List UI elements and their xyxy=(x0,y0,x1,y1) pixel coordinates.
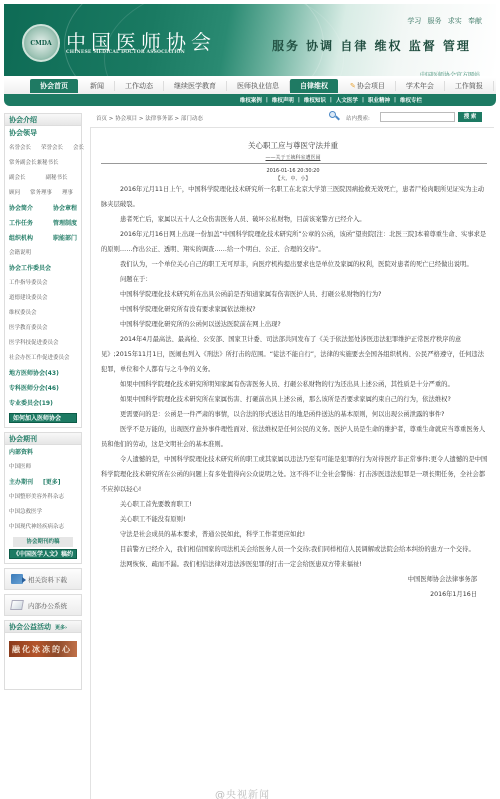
main-journals-row: 主办期刊[更多] xyxy=(5,475,81,490)
intro-title[interactable]: 协会介绍 xyxy=(5,114,81,126)
office-system-button[interactable]: 内部办公系统 xyxy=(4,594,82,616)
slogan: 服务 协调 自律 维权 监督 管理 xyxy=(272,37,471,54)
charter-link[interactable]: 协会章程 xyxy=(53,205,77,212)
welfare-box: 协会公益活动更多› 融化冰冻的心 xyxy=(4,620,82,690)
article-body: 2016年元月11日上午，中国科学院理化技术研究所一名职工在北京大学第三医院因病… xyxy=(101,182,489,602)
journals-title[interactable]: 协会期刊 xyxy=(5,433,81,445)
search-button[interactable]: 搜 索 xyxy=(458,112,482,122)
welfare-title: 协会公益活动更多› xyxy=(5,621,81,633)
specialty-branches-link[interactable]: 专科医师分会(46) xyxy=(5,381,81,396)
nav-item-news[interactable]: 新闻 xyxy=(80,81,115,91)
sign-date: 2016年1月16日 xyxy=(101,587,489,602)
intro-links-row: 工作任务管理制度 xyxy=(5,216,81,231)
cmda-logo-icon[interactable]: CMDA xyxy=(22,24,60,62)
downloads-button[interactable]: 相关资料下载 xyxy=(4,568,82,590)
subnav-professionalism[interactable]: 职业精神 xyxy=(368,96,390,104)
nav-item-briefing[interactable]: 工作简报 xyxy=(445,81,494,91)
advisor-link[interactable]: 顾问 xyxy=(9,190,20,196)
project-icon: ✎ xyxy=(350,81,356,91)
separator: | xyxy=(394,97,396,103)
signature: 中国医师协会法律事务部 xyxy=(101,572,489,587)
about-link[interactable]: 协会简介 xyxy=(9,205,33,212)
search-icon xyxy=(329,111,339,121)
leadership-row: 常务副会长兼秘书长 xyxy=(5,156,81,171)
exec-vp-link[interactable]: 常务副会长兼秘书长 xyxy=(9,160,59,166)
search-label: 站内搜索: xyxy=(346,114,370,122)
paragraph: 如果中国科学院理化技术研究所在家属伤害、打砸前出具上述公函，那么该所是否要求家属… xyxy=(101,392,489,407)
exec-director-link[interactable]: 常务理事 xyxy=(30,190,52,196)
paragraph: 2014年4月最高法、最高检、公安部、国家卫计委、司法部共同发布了《关于依法惩处… xyxy=(101,332,489,377)
president-link[interactable]: 会长 xyxy=(73,145,84,151)
honor-president-link[interactable]: 荣誉会长 xyxy=(41,145,63,151)
separator: | xyxy=(298,97,300,103)
director-link[interactable]: 理事 xyxy=(62,190,73,196)
separator: | xyxy=(362,97,364,103)
subnav-humanities[interactable]: 人文医学 xyxy=(336,96,358,104)
paragraph: 问题在于： xyxy=(101,272,489,287)
article-datetime: 2016-01-16 20:30:20 xyxy=(91,168,495,174)
honorary-president-link[interactable]: 名誉会长 xyxy=(9,145,31,151)
paragraph: 中国科学院理化技术研究所在出具公函前是否知道家属有伤害医护人员、打砸公私财物的行… xyxy=(101,287,489,302)
separator: | xyxy=(330,97,332,103)
nav-item-annual-meeting[interactable]: 学术年会 xyxy=(396,81,445,91)
downloads-label: 相关资料下载 xyxy=(28,575,67,584)
committee-link[interactable]: 工作指导委员会 xyxy=(5,276,81,291)
intro-links-row: 协会简介协会章程 xyxy=(5,201,81,216)
departments-link[interactable]: 职能部门 xyxy=(53,235,77,242)
paragraph: 法网恢恢、疏而不漏。我们相信法律对违法涉医犯罪的打击一定会给医患双方带来福祉! xyxy=(101,557,489,572)
subnav-statements[interactable]: 维权声明 xyxy=(272,96,294,104)
paragraph: 守法是社会成员的基本要求，普通公民如此，科学工作者更应如此! xyxy=(101,527,489,542)
journal-contribution-button[interactable]: 协会期刊约稿 xyxy=(13,537,73,547)
subnav-knowledge[interactable]: 维权知识 xyxy=(304,96,326,104)
separator: | xyxy=(266,97,268,103)
nav-item-projects[interactable]: ✎协会项目 xyxy=(340,81,396,91)
paragraph: 中国科学院理化研究所的公函何以送达医院前在网上出现? xyxy=(101,317,489,332)
welfare-more-link[interactable]: 更多› xyxy=(55,625,67,631)
china-doctor-link[interactable]: 中国医师 xyxy=(5,460,81,475)
leadership-row: 副会长副秘书长 xyxy=(5,171,81,186)
office-pen-icon xyxy=(10,600,24,610)
committee-link[interactable]: 医学科技促进委员会 xyxy=(5,336,81,351)
intro-box: 协会介绍 协会领导 名誉会长荣誉会长会长 常务副会长兼秘书长 副会长副秘书长 顾… xyxy=(4,113,82,428)
paragraph: 我们认为，一个单位关心自己的职工无可厚非，向医疗机构提出要求也是单位及家属的权利… xyxy=(101,257,489,272)
logo-text: CMDA xyxy=(30,40,51,47)
nav-item-work[interactable]: 工作动态 xyxy=(115,81,164,91)
nav-item-self-discipline[interactable]: 自律维权 xyxy=(290,79,338,93)
official-site-label: 中国医师协会官方网站 xyxy=(420,70,480,76)
paragraph: 如果中国科学院理化技术研究所明知家属有伤害医务人员、打砸公私财物的行为还出具上述… xyxy=(101,377,489,392)
subnav-column[interactable]: 维权专栏 xyxy=(400,96,422,104)
journals-box: 协会期刊 内部资料 中国医师 主办期刊[更多] 中国整形美容外科杂志 中国急救医… xyxy=(4,432,82,564)
article: 关心职工应与尊医守法并重 ——关于王姨科室遭医闹 2016-01-16 20:3… xyxy=(90,127,494,799)
leadership-link[interactable]: 协会领导 xyxy=(5,126,81,141)
committee-link[interactable]: 社会办医工作促进委员会 xyxy=(5,351,81,366)
main-content: 首页 > 协会项目 > 法律事务部 > 部门动态 站内搜索: 搜 索 关心职工应… xyxy=(90,110,496,799)
leadership-row: 顾问常务理事理事 xyxy=(5,186,81,201)
join-association-button[interactable]: 如何加入医师协会 xyxy=(9,413,77,423)
search-input[interactable] xyxy=(380,112,455,122)
professional-committees-link[interactable]: 专业委员会(19) xyxy=(5,396,81,411)
watermark: @央视新闻 xyxy=(215,786,270,799)
download-icon xyxy=(11,574,23,584)
paragraph: 目前警方已经介入，我们相信国家的司法机关会给医务人员一个交待;我们同样相信人民调… xyxy=(101,542,489,557)
leadership-row: 名誉会长荣誉会长会长 xyxy=(5,141,81,156)
deputy-sec-link[interactable]: 副秘书长 xyxy=(46,175,68,181)
org-name-en: CHINESE MEDICAL DOCTOR ASSOCIATION xyxy=(66,50,185,55)
rules-link[interactable]: 管理制度 xyxy=(53,220,77,227)
paragraph: 2016年元月16日网上出现一份加盖“中国科学院理化技术研究所”公章的公函，该函… xyxy=(101,227,489,257)
paragraph: 关心职工首先要教育职工! xyxy=(101,497,489,512)
article-subtitle: ——关于王姨科室遭医闹 xyxy=(91,154,495,161)
committee-link[interactable]: 维权委员会 xyxy=(5,306,81,321)
membership-link[interactable]: 会籍说明 xyxy=(5,246,81,261)
welfare-title-text[interactable]: 协会公益活动 xyxy=(9,623,51,631)
committee-link[interactable]: 医学教育委员会 xyxy=(5,321,81,336)
journals-more-link[interactable]: [更多] xyxy=(43,479,61,486)
vp-link[interactable]: 副会长 xyxy=(9,175,26,181)
divider xyxy=(101,163,487,164)
site-header: CMDA 中国医师协会 CHINESE MEDICAL DOCTOR ASSOC… xyxy=(4,4,496,76)
journal-link[interactable]: 中国整形美容外科杂志 xyxy=(5,490,81,505)
paragraph: 2016年元月11日上午，中国科学院理化技术研究所一名职工在北京大学第三医院因病… xyxy=(101,182,489,212)
subnav-cases[interactable]: 维权案例 xyxy=(240,96,262,104)
nav-item-cme[interactable]: 继续医学教育 xyxy=(164,81,227,91)
font-size-switcher[interactable]: 【大、中、小】 xyxy=(91,175,495,182)
local-associations-link[interactable]: 地方医师协会(43) xyxy=(5,366,81,381)
top-motto: 学习 服务 求实 奉献 xyxy=(407,16,482,26)
organization-link[interactable]: 组织机构 xyxy=(9,235,33,242)
paragraph: 关心职工不能没有原则! xyxy=(101,512,489,527)
journal-link[interactable]: 中国急救医学 xyxy=(5,505,81,520)
journal-link[interactable]: 中国现代神经疾病杂志 xyxy=(5,520,81,535)
main-nav: 协会首页 新闻 工作动态 继续医学教育 医师执业信息 自律维权 ✎协会项目 学术… xyxy=(4,78,496,94)
paragraph: 令人遗憾的是，中国科学院理化技术研究所的职工或其家属以违法乃至有可能是犯罪的行为… xyxy=(101,452,489,497)
sub-nav: 维权案例| 维权声明| 维权知识| 人文医学| 职业精神| 维权专栏 xyxy=(4,94,496,106)
humanities-contribution-button[interactable]: 《中国医学人文》稿约 xyxy=(9,549,77,559)
nav-label: 协会项目 xyxy=(357,81,385,91)
intro-links-row: 组织机构职能部门 xyxy=(5,231,81,246)
paragraph: 医学不是万能的，出现医疗意外事件理性面对、依法维权是任何公民的义务。医护人员是生… xyxy=(101,422,489,452)
paragraph: 更需要问的是：公函是一件严肃的事情，以合法的形式送达目的地是函件送达的基本原则，… xyxy=(101,407,489,422)
committee-link[interactable]: 道德建设委员会 xyxy=(5,291,81,306)
main-journals-link[interactable]: 主办期刊 xyxy=(9,479,33,486)
breadcrumb[interactable]: 首页 > 协会项目 > 法律事务部 > 部门动态 xyxy=(96,114,203,122)
office-label: 内部办公系统 xyxy=(28,601,67,610)
welfare-banner[interactable]: 融化冰冻的心 xyxy=(9,641,77,657)
nav-item-practice-info[interactable]: 医师执业信息 xyxy=(227,81,290,91)
internal-materials-link[interactable]: 内部资料 xyxy=(5,445,81,460)
paragraph: 患者死亡后，家属以五十人之众伤害医务人员、破坏公私财物，目前该案警方已经介入。 xyxy=(101,212,489,227)
paragraph: 中国科学院理化研究所有没有要求家属依法维权? xyxy=(101,302,489,317)
tasks-link[interactable]: 工作任务 xyxy=(9,220,33,227)
nav-item-home[interactable]: 协会首页 xyxy=(30,79,78,93)
article-title: 关心职工应与尊医守法并重 xyxy=(91,140,495,151)
committees-title[interactable]: 协会工作委员会 xyxy=(5,261,81,276)
sidebar: 协会介绍 协会领导 名誉会长荣誉会长会长 常务副会长兼秘书长 副会长副秘书长 顾… xyxy=(4,113,82,694)
